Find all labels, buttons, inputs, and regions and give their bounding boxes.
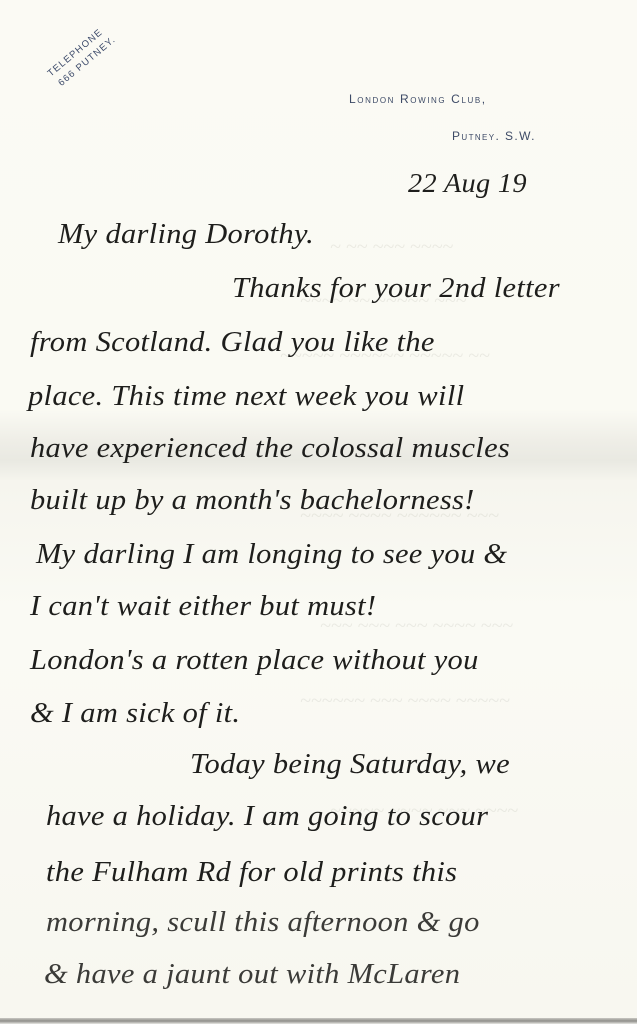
letter-line: I can't wait either but must!	[30, 590, 376, 623]
show-through-text: ~~~~~~ ~~~ ~~~~ ~~~~~	[300, 690, 510, 713]
letterhead-club-name: London Rowing Club,	[349, 92, 487, 106]
letter-line: the Fulham Rd for old prints this	[46, 856, 457, 889]
letter-line: London's a rotten place without you	[30, 644, 479, 677]
letter-line: My darling I am longing to see you &	[36, 538, 507, 571]
letter-line: have a holiday. I am going to scour	[46, 800, 488, 833]
letter-line: & I am sick of it.	[30, 697, 240, 730]
letter-date: 22 Aug 19	[408, 168, 527, 199]
letter-line: built up by a month's bachelorness!	[30, 484, 475, 517]
letter-salutation: My darling Dorothy.	[58, 218, 314, 251]
letterhead-location: Putney. S.W.	[452, 129, 536, 143]
show-through-text: ~ ~~ ~~~ ~~~~	[330, 236, 453, 259]
letter-line: have experienced the colossal muscles	[30, 432, 510, 465]
page-bottom-edge	[0, 1018, 637, 1024]
letterhead-telephone: TELEPHONE 666 PUTNEY.	[45, 23, 119, 92]
letter-line: Thanks for your 2nd letter	[232, 272, 560, 305]
letter-line: & have a jaunt out with McLaren	[44, 958, 460, 991]
letter-page: ~ ~~ ~~~ ~~~~ ~~~~ ~~ ~~~~~ ~~~ ~~~~~ ~~…	[0, 0, 637, 1024]
letter-line: place. This time next week you will	[28, 380, 464, 413]
letter-line: from Scotland. Glad you like the	[30, 326, 435, 359]
letter-line: morning, scull this afternoon & go	[46, 906, 480, 939]
letter-line: Today being Saturday, we	[190, 748, 510, 781]
